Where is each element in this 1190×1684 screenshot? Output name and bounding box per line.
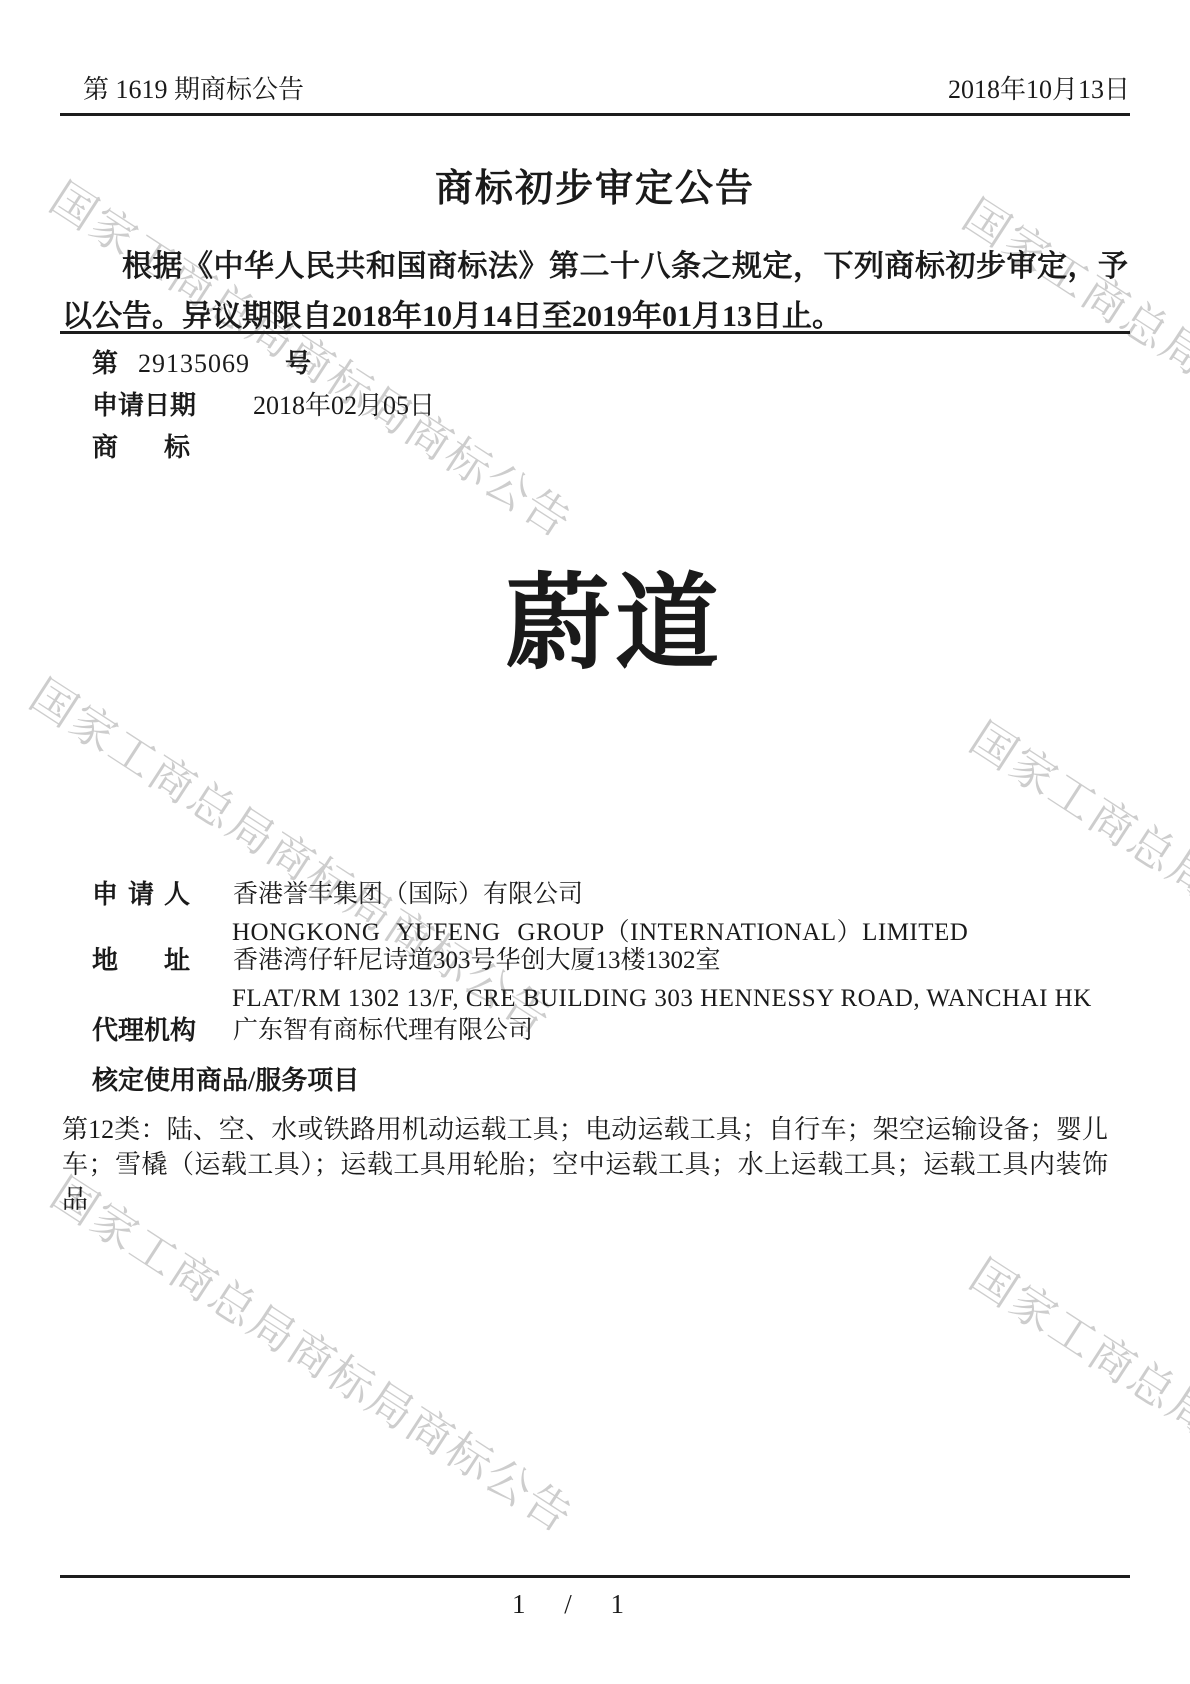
application-date-label: 申请日期 — [92, 390, 190, 422]
footer-divider — [60, 1575, 1130, 1578]
mark-label: 商标 — [92, 432, 190, 464]
page-number: 1 / 1 — [512, 1588, 624, 1620]
applicant-name-cn: 香港誉丰集团（国际）有限公司 — [233, 881, 583, 908]
page-title: 商标初步审定公告 — [0, 165, 1190, 213]
address-label: 地址 — [92, 946, 190, 976]
applicant-row: 申请人香港誉丰集团（国际）有限公司 — [92, 880, 583, 910]
application-number-value: 29135069 — [138, 349, 250, 378]
page-separator: / — [564, 1588, 572, 1620]
goods-services-header: 核定使用商品/服务项目 — [92, 1064, 359, 1098]
current-page: 1 — [512, 1588, 526, 1620]
address-cn: 香港湾仔轩尼诗道303号华创大厦13楼1302室 — [233, 947, 721, 974]
total-pages: 1 — [610, 1588, 624, 1620]
section-divider — [60, 331, 1130, 334]
agent-label: 代理机构 — [92, 1016, 190, 1046]
trademark-gazette-page: 国家工商总局商标局商标公告 国家工商总局商标局商标公告 国家工商总局商标局商标公… — [0, 0, 1190, 1684]
header-divider — [60, 113, 1130, 116]
number-suffix-label: 号 — [285, 349, 311, 378]
gazette-date-label: 2018年10月13日 — [948, 74, 1130, 106]
agent-name: 广东智有商标代理有限公司 — [233, 1017, 533, 1044]
address-row: 地址香港湾仔轩尼诗道303号华创大厦13楼1302室 — [92, 946, 721, 976]
address-en: FLAT/RM 1302 13/F, CRE BUILDING 303 HENN… — [232, 984, 1092, 1014]
page-content: 第 1619 期商标公告 2018年10月13日 商标初步审定公告 根据《中华人… — [0, 0, 1190, 1684]
application-number-row: 第29135069号 — [92, 348, 311, 380]
applicant-name-en: HONGKONG YUFENG GROUP（INTERNATIONAL）LIMI… — [232, 918, 968, 948]
application-date-value: 2018年02月05日 — [253, 391, 435, 420]
application-date-row: 申请日期2018年02月05日 — [92, 390, 435, 422]
announcement-intro-paragraph: 根据《中华人民共和国商标法》第二十八条之规定，下列商标初步审定，予以公告。异议期… — [62, 242, 1128, 342]
goods-services-list: 第12类：陆、空、水或铁路用机动运载工具；电动运载工具；自行车；架空运输设备；婴… — [62, 1112, 1108, 1217]
number-prefix-label: 第 — [92, 349, 118, 378]
mark-label-row: 商标 — [92, 432, 190, 464]
gazette-issue-label: 第 1619 期商标公告 — [83, 74, 304, 106]
trademark-text: 蔚道 — [20, 570, 1190, 680]
applicant-label: 申请人 — [92, 880, 190, 910]
agent-row: 代理机构广东智有商标代理有限公司 — [92, 1016, 533, 1046]
